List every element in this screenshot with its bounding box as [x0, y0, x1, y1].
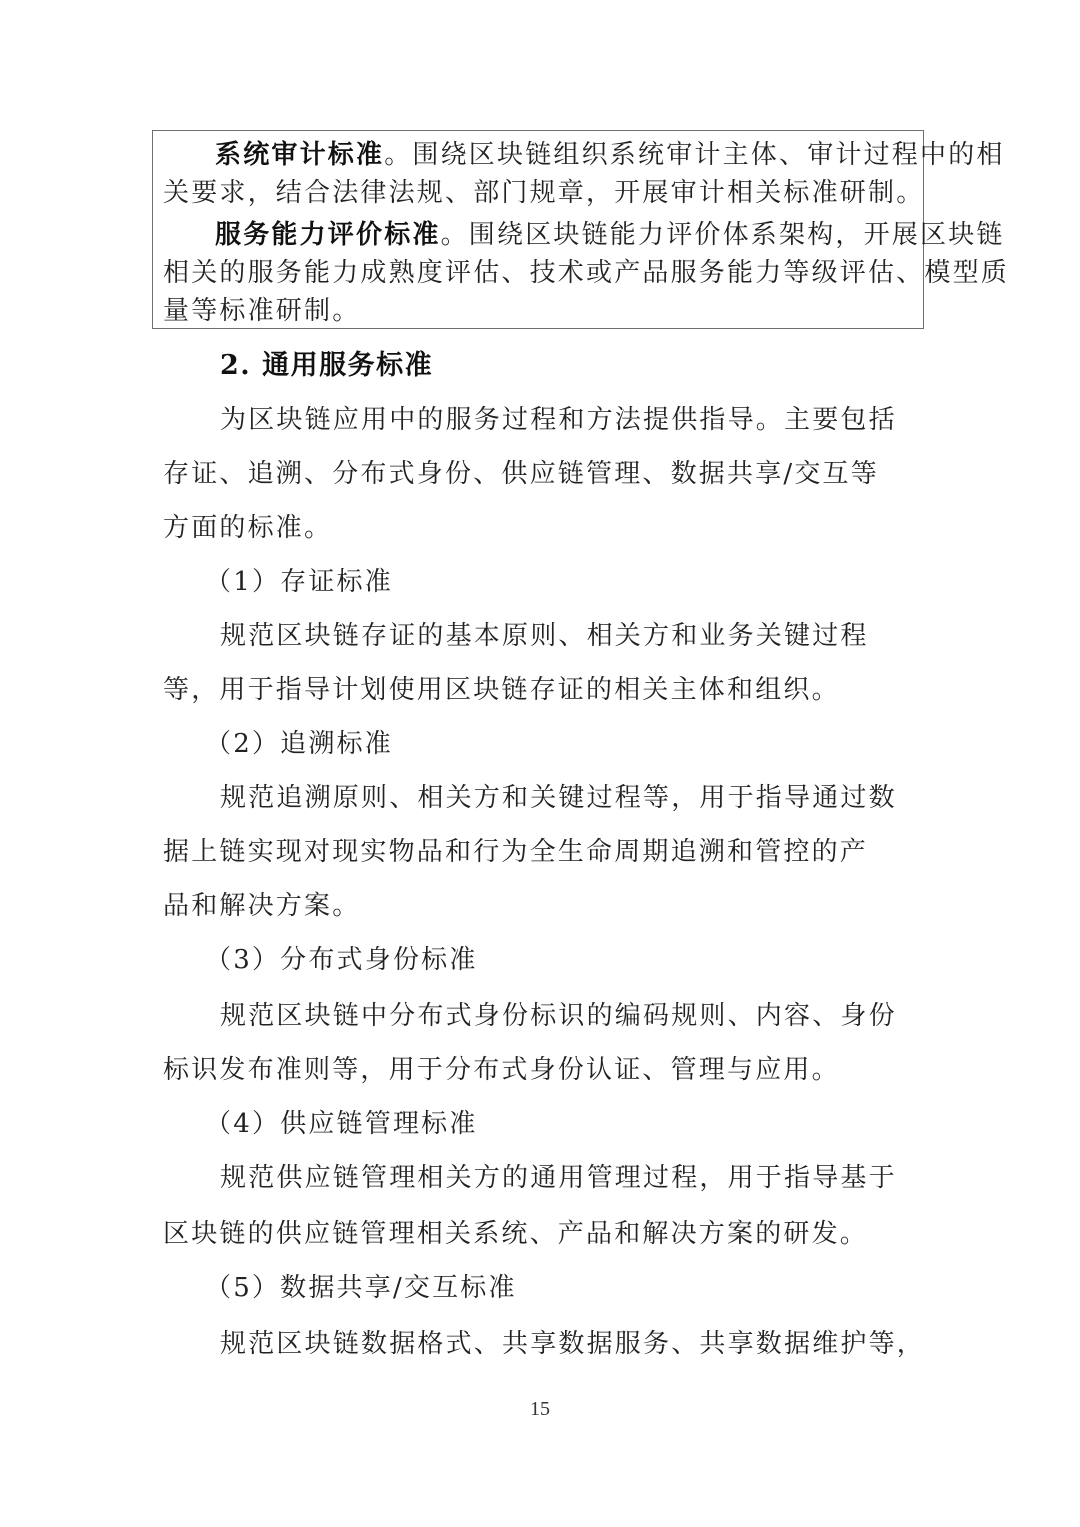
document-page: 系统审计标准。围绕区块链组织系统审计主体、审计过程中的相 关要求，结合法律法规、… [0, 0, 1080, 1527]
term-system-audit-standard: 系统审计标准 [215, 140, 384, 170]
intro-line-2: 存证、追溯、分布式身份、供应链管理、数据共享/交互等 [163, 459, 879, 489]
subsection-4-title: （4）供应链管理标准 [205, 1109, 478, 1139]
section-heading: 2. 通用服务标准 [220, 351, 433, 381]
subsection-2-line-2: 据上链实现对现实物品和行为全生命周期追溯和管控的产 [163, 837, 868, 867]
box-paragraph-2-line-3: 量等标准研制。 [163, 296, 360, 326]
subsection-4-line-2: 区块链的供应链管理相关系统、产品和解决方案的研发。 [163, 1219, 868, 1249]
box-paragraph-1-line-2: 关要求，结合法律法规、部门规章，开展审计相关标准研制。 [163, 178, 924, 208]
box-paragraph-2-line-2: 相关的服务能力成熟度评估、技术或产品服务能力等级评估、模型质 [163, 258, 1009, 288]
page-number: 15 [0, 1398, 1080, 1421]
subsection-5-title: （5）数据共享/交互标准 [205, 1273, 517, 1303]
term-service-capability-evaluation-standard: 服务能力评价标准 [215, 220, 441, 250]
subsection-4-line-1: 规范供应链管理相关方的通用管理过程，用于指导基于 [220, 1163, 897, 1193]
subsection-2-line-3: 品和解决方案。 [163, 891, 360, 921]
intro-line-3: 方面的标准。 [163, 513, 332, 543]
subsection-3-line-1: 规范区块链中分布式身份标识的编码规则、内容、身份 [220, 1001, 897, 1031]
subsection-1-title: （1）存证标准 [205, 567, 393, 597]
intro-line-1: 为区块链应用中的服务过程和方法提供指导。主要包括 [220, 405, 897, 435]
subsection-3-line-2: 标识发布准则等，用于分布式身份认证、管理与应用。 [163, 1055, 840, 1085]
subsection-1-line-1: 规范区块链存证的基本原则、相关方和业务关键过程 [220, 621, 869, 651]
box-paragraph-1-line-1: 系统审计标准。围绕区块链组织系统审计主体、审计过程中的相 [215, 140, 1005, 170]
subsection-2-title: （2）追溯标准 [205, 729, 393, 759]
box-paragraph-2-line-1: 服务能力评价标准。围绕区块链能力评价体系架构，开展区块链 [215, 220, 1005, 250]
subsection-1-line-2: 等，用于指导计划使用区块链存证的相关主体和组织。 [163, 675, 840, 705]
subsection-3-title: （3）分布式身份标准 [205, 945, 478, 975]
subsection-2-line-1: 规范追溯原则、相关方和关键过程等，用于指导通过数 [220, 783, 897, 813]
subsection-5-line-1: 规范区块链数据格式、共享数据服务、共享数据维护等， [220, 1329, 925, 1359]
